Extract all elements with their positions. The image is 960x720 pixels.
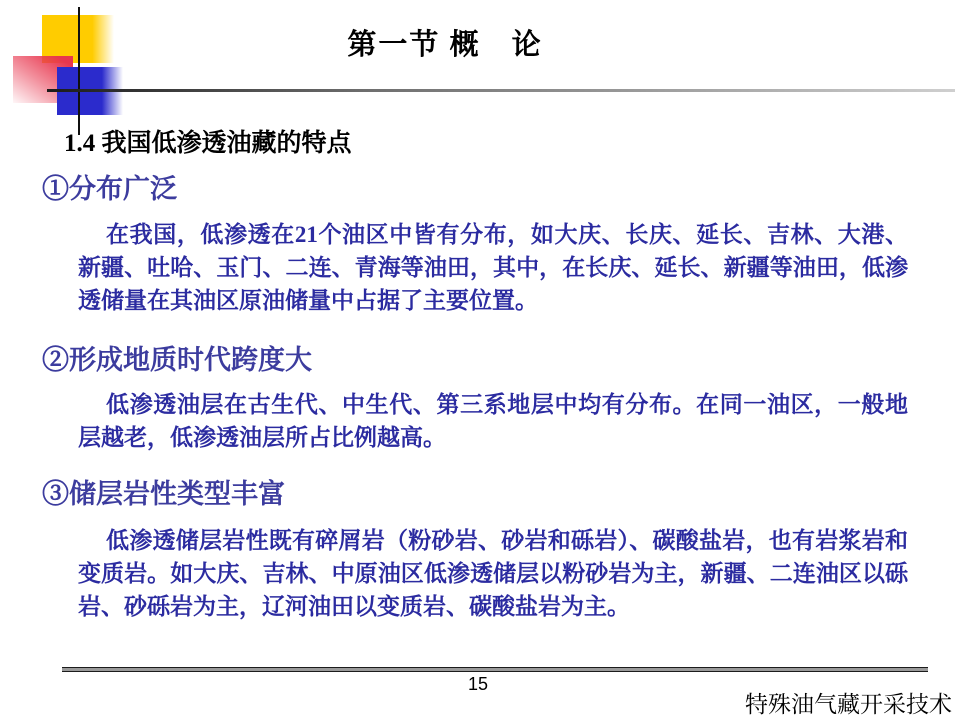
point-heading-1: ①分布广泛 (42, 167, 177, 206)
point-body-1: 在我国，低渗透在21个油区中皆有分布，如大庆、长庆、延长、吉林、大港、新疆、吐哈… (78, 218, 908, 317)
point-heading-2: ②形成地质时代跨度大 (42, 338, 312, 377)
section-heading: 1.4 我国低渗透油藏的特点 (64, 123, 352, 159)
footer-divider (62, 667, 928, 672)
decoration-vertical-line (78, 7, 80, 135)
point-heading-3: ③储层岩性类型丰富 (42, 472, 285, 511)
slide: 第一节 概 论 1.4 我国低渗透油藏的特点 ①分布广泛 在我国，低渗透在21个… (0, 0, 960, 720)
point-body-2: 低渗透油层在古生代、中生代、第三系地层中均有分布。在同一油区，一般地层越老，低渗… (78, 388, 908, 454)
slide-title: 第一节 概 论 (0, 22, 890, 63)
course-title: 特殊油气藏开采技术 (745, 686, 952, 719)
title-underline (47, 89, 955, 92)
point-body-3: 低渗透储层岩性既有碎屑岩（粉砂岩、砂岩和砾岩）、碳酸盐岩，也有岩浆岩和变质岩。如… (78, 524, 908, 623)
